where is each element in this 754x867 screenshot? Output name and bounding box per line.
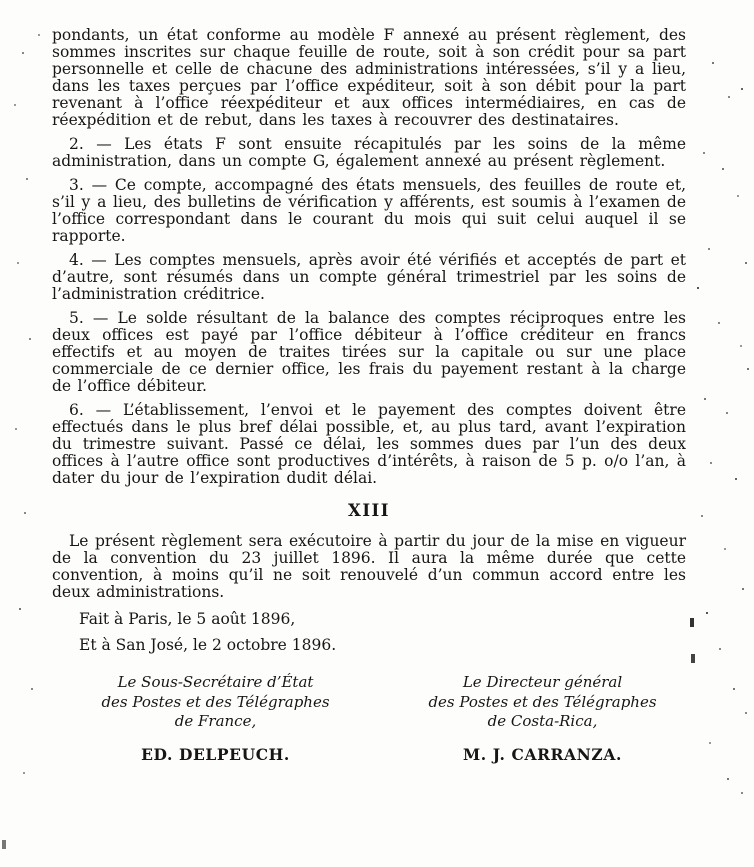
scan-noise-left-margin (0, 0, 2, 2)
body-paragraph-3: 3. — Ce compte, accompagné des états men… (52, 177, 686, 245)
signature-france: Le Sous-Secrétaire d’État des Postes et … (72, 673, 359, 764)
signature-name-carranza: M. J. CARRANZA. (399, 745, 686, 764)
scanned-document-page: pondants, un état conforme au modèle F a… (0, 0, 754, 867)
date-line-san-jose: Et à San José, le 2 octobre 1896. (79, 636, 686, 655)
closing-paragraph: Le présent règlement sera exécutoire à p… (52, 533, 686, 601)
signature-title-line: des Postes et des Télégraphes (72, 693, 359, 713)
scan-noise-edge-marks (690, 618, 694, 627)
signature-name-delpeuch: ED. DELPEUCH. (72, 745, 359, 764)
body-paragraph-2: 2. — Les états F sont ensuite récapitulé… (52, 136, 686, 170)
signature-block: Le Sous-Secrétaire d’État des Postes et … (52, 673, 686, 764)
signature-title-line: Le Directeur général (399, 673, 686, 693)
signature-title-line: des Postes et des Télégraphes (399, 693, 686, 713)
signature-costa-rica: Le Directeur général des Postes et des T… (399, 673, 686, 764)
signature-title-line: de France, (72, 712, 359, 732)
body-paragraph-4: 4. — Les comptes mensuels, après avoir é… (52, 252, 686, 303)
date-line-paris: Fait à Paris, le 5 août 1896, (79, 610, 686, 629)
signature-title-line: de Costa-Rica, (399, 712, 686, 732)
section-heading-xiii: XIII (52, 501, 686, 520)
body-paragraph-continuation: pondants, un état conforme au modèle F a… (52, 27, 686, 129)
body-paragraph-6: 6. — L’établissement, l’envoi et le paye… (52, 402, 686, 487)
text-column: pondants, un état conforme au modèle F a… (52, 27, 686, 764)
body-paragraph-5: 5. — Le solde résultant de la balance de… (52, 310, 686, 395)
signature-title-line: Le Sous-Secrétaire d’État (72, 673, 359, 693)
